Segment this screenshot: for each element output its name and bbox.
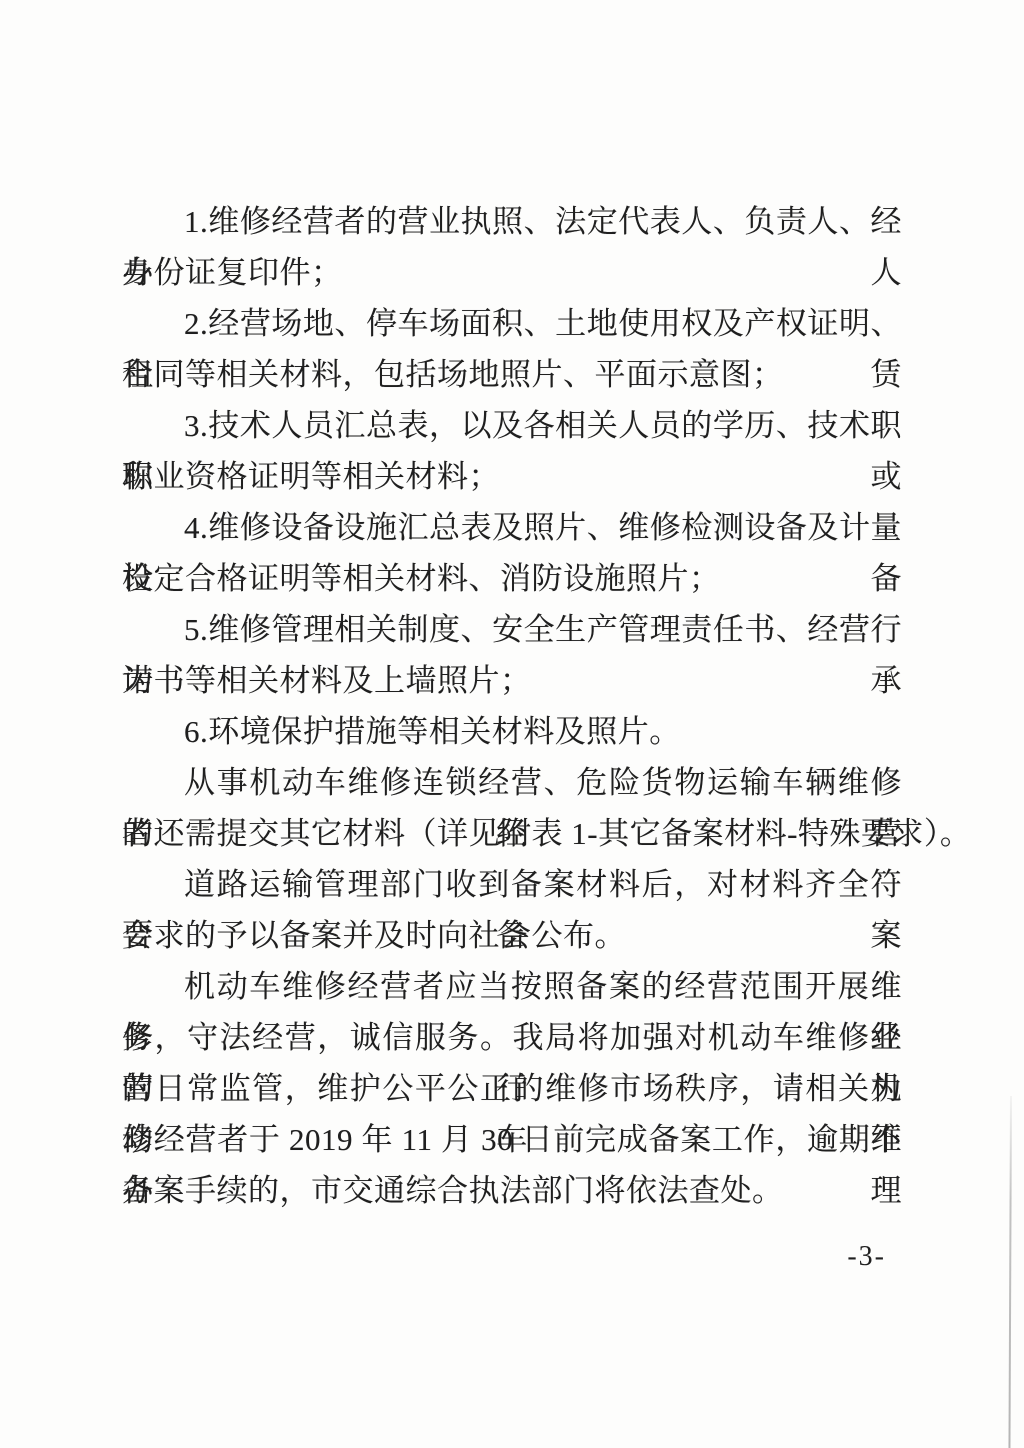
text-line: 道路运输管理部门收到备案材料后，对材料齐全符合备案 bbox=[122, 859, 902, 910]
text-line: 者还需提交其它材料（详见附表 1-其它备案材料-特殊要求）。 bbox=[122, 808, 902, 859]
scan-edge-artifact bbox=[1008, 1096, 1012, 1448]
text-line: 3.技术人员汇总表，以及各相关人员的学历、技术职称或 bbox=[122, 400, 902, 451]
document-body: 1.维修经营者的营业执照、法定代表人、负责人、经办人 身份证复印件； 2.经营场… bbox=[122, 196, 902, 1216]
text-line: 5.维修管理相关制度、安全生产管理责任书、经营行为承 bbox=[122, 604, 902, 655]
document-page: 1.维修经营者的营业执照、法定代表人、负责人、经办人 身份证复印件； 2.经营场… bbox=[0, 0, 1024, 1448]
page-number: -3- bbox=[847, 1240, 886, 1274]
text-line: 修经营者于 2019 年 11 月 30 日前完成备案工作，逾期不办理 bbox=[122, 1114, 902, 1165]
text-line: 6.环境保护措施等相关材料及照片。 bbox=[122, 706, 902, 757]
text-line: 机动车维修经营者应当按照备案的经营范围开展维修业 bbox=[122, 961, 902, 1012]
text-line: 从事机动车维修连锁经营、危险货物运输车辆维修的经营 bbox=[122, 757, 902, 808]
text-line: 2.经营场地、停车场面积、土地使用权及产权证明、租赁 bbox=[122, 298, 902, 349]
text-line: 的日常监管，维护公平公正的维修市场秩序，请相关机动车维 bbox=[122, 1063, 902, 1114]
text-line: 4.维修设备设施汇总表及照片、维修检测设备及计量设备 bbox=[122, 502, 902, 553]
text-line: 务，守法经营，诚信服务。我局将加强对机动车维修经营行为 bbox=[122, 1012, 902, 1063]
text-line: 1.维修经营者的营业执照、法定代表人、负责人、经办人 bbox=[122, 196, 902, 247]
